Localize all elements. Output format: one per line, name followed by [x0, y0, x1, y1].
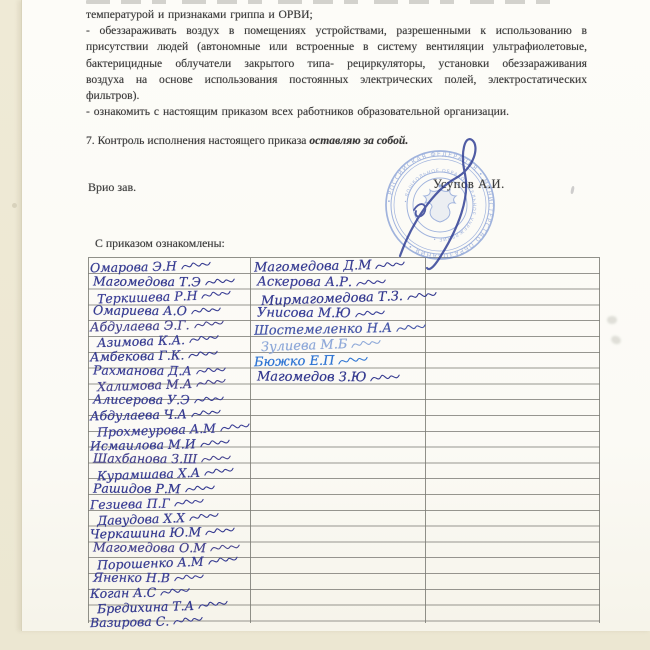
body-text-line: температурой и признаками гриппа и ОРВИ; — [86, 7, 587, 23]
signature-entry: Азимова К.А. — [97, 332, 219, 349]
signature-entry-name: Магомедов З.Ю — [257, 370, 367, 384]
signature-entry: Магомедов З.Ю — [257, 370, 401, 384]
signature-entry: Рашидов Р.М — [93, 482, 215, 496]
signature-entry-name: Рахманова Д.А — [93, 363, 192, 377]
signature-flourish-icon — [201, 453, 231, 465]
signature-flourish-icon — [198, 599, 228, 612]
pencil-smudge — [607, 316, 617, 324]
signature-flourish-icon — [207, 554, 237, 567]
body-text-line: присутствии людей (автономные или встрое… — [86, 39, 587, 55]
scan-artifact-dot — [12, 203, 17, 208]
signature-entry: Магомедова О.М — [93, 541, 240, 555]
signature-entry-name: Прохмеурова А.М — [97, 421, 216, 438]
signature-entry: Амбекова Г.К. — [90, 347, 219, 363]
signature-flourish-icon — [188, 348, 218, 361]
signature-entry: Бюжко Е.П — [254, 354, 369, 369]
signature-entry: Шахбанова З.Ш — [93, 452, 231, 466]
signer-role-label: Врио зав. — [88, 180, 136, 195]
signature-entry-name: Амбекова Г.К. — [90, 348, 185, 363]
signature-entry-name: Гезиева П.Г — [90, 496, 170, 511]
signature-entry-name: Зулиева М.Б — [261, 338, 348, 354]
director-signature-icon — [384, 130, 502, 280]
signature-flourish-icon — [174, 571, 204, 583]
signature-flourish-icon — [407, 289, 437, 302]
signature-flourish-icon — [338, 354, 368, 367]
signature-flourish-icon — [370, 371, 400, 383]
signature-entry: Алисерова У.Э — [93, 393, 224, 407]
signature-entry: Абдулаева Э.Г. — [90, 318, 224, 334]
body-text-line: - обеззараживать воздух в помещениях уст… — [86, 23, 587, 39]
signature-entry: Рахманова Д.А — [93, 363, 226, 377]
signature-entry: Черкашина Ю.М — [90, 525, 235, 541]
signature-entry: Аскерова А.Р. — [257, 275, 386, 289]
table-border — [599, 258, 600, 623]
signature-entry-name: Омариева А.О — [93, 304, 187, 318]
signature-entry: Унисова М.Ю — [257, 307, 385, 321]
signature-entry-name: Абдулаева Ч.А — [90, 407, 187, 422]
body-text-line: воздуха на основе использования постоянн… — [86, 72, 587, 88]
signature-entry: Магомедова Т.Э — [93, 274, 235, 288]
scanned-document-page: температурой и признаками гриппа и ОРВИ;… — [0, 0, 650, 650]
signature-entry-name: Магомедова Т.Э — [93, 274, 201, 288]
signature-column-left: Омарова Э.НМагомедова Т.ЭТеркишева Р.НОм… — [90, 258, 258, 623]
cut-off-text-line — [86, 0, 554, 4]
signature-entry: Шостемеленко Н.А — [254, 321, 426, 338]
signature-flourish-icon — [396, 322, 426, 335]
signature-entry-name: Алисерова У.Э — [93, 393, 190, 407]
signature-flourish-icon — [189, 332, 219, 345]
signature-entry-name: Аскерова А.Р. — [257, 275, 352, 289]
signature-entry: Омарова Э.Н — [90, 259, 211, 275]
signature-entry-name: Рашидов Р.М — [93, 482, 181, 496]
signature-entry-name: Яненко Н.В — [93, 570, 170, 584]
signature-flourish-icon — [210, 542, 240, 554]
signature-entry-name: Шостемеленко Н.А — [254, 322, 392, 338]
signature-flourish-icon — [351, 337, 381, 350]
control-clause-prefix: 7. Контроль исполнения настоящего приказ… — [86, 134, 309, 147]
signature-flourish-icon — [196, 377, 226, 390]
signature-flourish-icon — [185, 483, 215, 495]
signature-flourish-icon — [174, 496, 204, 509]
signature-flourish-icon — [196, 364, 226, 376]
signature-flourish-icon — [160, 585, 190, 598]
signature-entry-name: Магомедова О.М — [93, 541, 206, 555]
signature-flourish-icon — [191, 407, 221, 420]
signature-entry: Гезиева П.Г — [90, 496, 204, 511]
signature-entry: Порошенко А.М — [97, 554, 238, 572]
signature-entry-name: Вазирова С. — [90, 615, 170, 630]
signature-entry: Коган А.С — [90, 585, 190, 600]
signature-entry-name: Коган А.С — [90, 585, 156, 599]
signature-flourish-icon — [193, 318, 223, 331]
signature-entry-name: Бюжко Е.П — [254, 354, 335, 369]
signature-flourish-icon — [173, 615, 203, 628]
body-text-line: - ознакомить с настоящим приказом всех р… — [86, 104, 587, 120]
signature-entry-name: Унисова М.Ю — [257, 307, 351, 321]
signature-entry: Зулиева М.Б — [261, 337, 382, 354]
signature-entry-name: Магомедова Д.М — [254, 259, 372, 274]
signature-entry: Яненко Н.В — [93, 570, 204, 584]
signature-column-right: Магомедова Д.МАскерова А.Р.Мирмагомедова… — [254, 258, 434, 623]
body-text: температурой и признаками гриппа и ОРВИ;… — [86, 7, 587, 120]
signature-flourish-icon — [191, 305, 221, 317]
control-clause: 7. Контроль исполнения настоящего приказ… — [86, 134, 587, 147]
signature-flourish-icon — [355, 308, 385, 320]
signature-flourish-icon — [194, 394, 224, 406]
signature-entry: Вазирова С. — [90, 614, 204, 629]
body-text-line: бактерицидные облучатели закрытого типа-… — [86, 56, 587, 72]
signature-flourish-icon — [220, 421, 250, 434]
signature-flourish-icon — [205, 276, 235, 288]
body-text-line: фильтров). — [86, 88, 587, 104]
signature-flourish-icon — [201, 288, 231, 301]
signature-flourish-icon — [189, 510, 219, 523]
acknowledgement-label: С приказом ознакомлены: — [95, 236, 225, 251]
signature-flourish-icon — [181, 259, 211, 272]
signature-table: Омарова Э.НМагомедова Т.ЭТеркишева Р.НОм… — [88, 257, 600, 623]
signature-entry-name: Абдулаева Э.Г. — [90, 319, 190, 334]
signature-entry-name: Шахбанова З.Ш — [93, 452, 197, 466]
signature-entry-name: Омарова Э.Н — [90, 259, 177, 274]
table-border — [88, 258, 89, 623]
signature-flourish-icon — [205, 525, 235, 538]
signature-flourish-icon — [204, 465, 234, 478]
signature-flourish-icon — [356, 277, 386, 289]
signature-flourish-icon — [200, 437, 230, 450]
signature-entry: Омариева А.О — [93, 304, 221, 318]
